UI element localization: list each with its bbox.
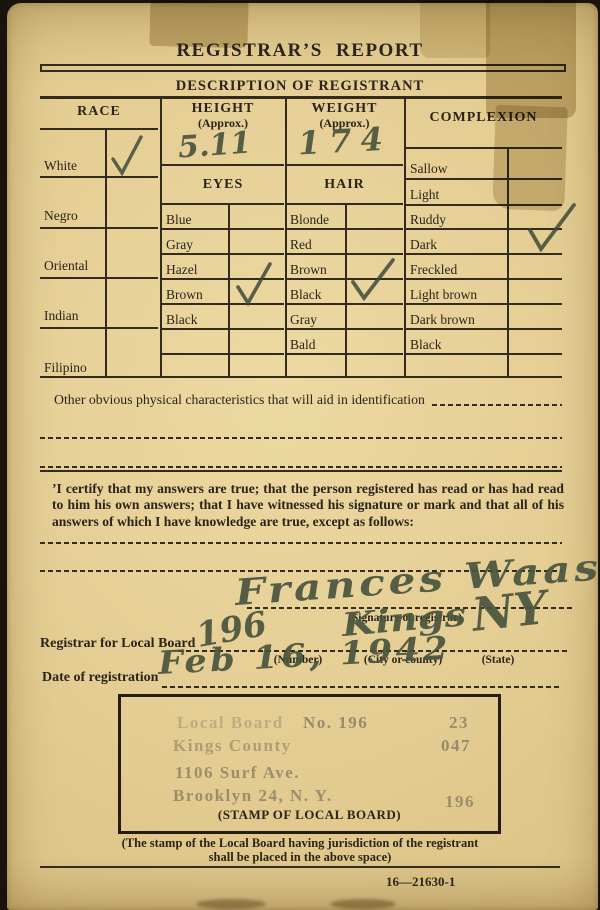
hair-row-rule — [286, 278, 403, 280]
table-top-rule — [40, 96, 562, 99]
race-option-filipino: Filipino — [44, 360, 87, 376]
race-header-rule — [40, 128, 158, 130]
eyes-row-rule — [162, 228, 284, 230]
eyes-row-rule — [162, 278, 284, 280]
weight-value-handwritten: 174 — [297, 120, 393, 163]
eyes-option-brown: Brown — [166, 287, 203, 303]
height-header: HEIGHT — [162, 101, 284, 117]
board-state-handwritten: NY — [469, 580, 549, 642]
complexion-row-rule — [405, 353, 562, 355]
race-check-divider — [105, 128, 107, 378]
complexion-option-ruddy: Ruddy — [410, 212, 446, 228]
complexion-header: COMPLEXION — [405, 110, 562, 126]
board-state-caption: (State) — [458, 654, 538, 666]
other-characteristics-fill-line — [432, 404, 562, 406]
hair-row-rule — [286, 303, 403, 305]
complexion-row-rule — [405, 253, 562, 255]
height-value-rule — [162, 164, 284, 166]
complexion-row-rule — [405, 228, 562, 230]
height-value-handwritten: 5.11 — [177, 125, 252, 165]
eyes-header-rule — [162, 203, 284, 205]
complexion-header-rule — [405, 147, 562, 149]
hair-option-bald: Bald — [290, 337, 316, 353]
eyes-option-gray: Gray — [166, 237, 193, 253]
other-characteristics-label: Other obvious physical characteristics t… — [54, 392, 425, 408]
date-of-registration-label: Date of registration — [42, 670, 158, 686]
race-row-rule — [40, 277, 158, 279]
date-fill-line — [162, 686, 562, 688]
eyes-option-blue: Blue — [166, 212, 192, 228]
complexion-option-light-brown: Light brown — [410, 287, 477, 303]
page-title: REGISTRAR’S REPORT — [0, 40, 600, 62]
hair-row-rule — [286, 228, 403, 230]
complexion-option-freckled: Freckled — [410, 262, 457, 278]
table-bottom-rule — [40, 376, 562, 378]
table-divider — [404, 96, 406, 378]
stamp-county: Kings County — [173, 736, 292, 756]
section-rule — [40, 470, 562, 472]
race-option-indian: Indian — [44, 308, 79, 324]
race-row-rule — [40, 176, 158, 178]
stamp-street: 1106 Surf Ave. — [175, 763, 300, 783]
hair-header: HAIR — [286, 177, 403, 193]
complexion-check-divider — [507, 147, 509, 378]
race-option-oriental: Oriental — [44, 258, 88, 274]
stamp-board-number: No. 196 — [303, 713, 368, 733]
footer-rule — [40, 866, 560, 868]
complexion-row-rule — [405, 328, 562, 330]
stamp-city: Brooklyn 24, N. Y. — [173, 786, 333, 806]
stamp-caption: (STAMP OF LOCAL BOARD) — [121, 807, 498, 823]
eyes-header: EYES — [162, 177, 284, 193]
section-subtitle: DESCRIPTION OF REGISTRANT — [0, 78, 600, 95]
race-option-white: White — [44, 158, 77, 174]
eyes-option-hazel: Hazel — [166, 262, 197, 278]
complexion-row-rule — [405, 178, 562, 180]
certification-text: ’I certify that my answers are true; tha… — [52, 481, 564, 530]
hair-option-blonde: Blonde — [290, 212, 329, 228]
weight-header: WEIGHT — [286, 101, 403, 117]
eyes-option-black: Black — [166, 312, 198, 328]
stamp-note-line1: (The stamp of the Local Board having jur… — [0, 836, 600, 851]
race-row-rule — [40, 227, 158, 229]
stamp-note-line2: shall be placed in the above space) — [0, 850, 600, 865]
complexion-option-dark-brown: Dark brown — [410, 312, 475, 328]
complexion-row-rule — [405, 303, 562, 305]
race-header: RACE — [40, 104, 158, 120]
hair-option-brown: Brown — [290, 262, 327, 278]
hair-row-rule — [286, 353, 403, 355]
blank-write-line — [40, 542, 562, 544]
hair-option-gray: Gray — [290, 312, 317, 328]
hair-option-black: Black — [290, 287, 322, 303]
complexion-row-rule — [405, 278, 562, 280]
weight-value-rule — [286, 164, 403, 166]
eyes-row-rule — [162, 353, 284, 355]
race-option-negro: Negro — [44, 208, 78, 224]
complexion-row-rule — [405, 204, 562, 206]
eyes-row-rule — [162, 253, 284, 255]
stamp-board-faded: Local Board — [177, 713, 284, 733]
title-double-rule — [40, 64, 566, 72]
race-row-rule — [40, 327, 158, 329]
table-divider — [285, 96, 287, 378]
blank-write-line — [40, 466, 562, 468]
complexion-option-black: Black — [410, 337, 442, 353]
complexion-option-dark: Dark — [410, 237, 437, 253]
registrars-report-document: REGISTRAR’S REPORT DESCRIPTION OF REGIST… — [0, 0, 600, 910]
stamp-right-23: 23 — [449, 713, 469, 733]
form-number: 16—21630-1 — [386, 874, 455, 890]
eyes-row-rule — [162, 303, 284, 305]
hair-option-red: Red — [290, 237, 312, 253]
complexion-option-sallow: Sallow — [410, 161, 448, 177]
stamp-right-047: 047 — [441, 736, 471, 756]
stamp-box: Local Board No. 196 23 Kings County 047 … — [118, 694, 501, 834]
complexion-option-light: Light — [410, 187, 439, 203]
eyes-row-rule — [162, 328, 284, 330]
table-divider — [160, 96, 162, 378]
blank-write-line — [40, 437, 562, 439]
hair-row-rule — [286, 328, 403, 330]
hair-row-rule — [286, 253, 403, 255]
